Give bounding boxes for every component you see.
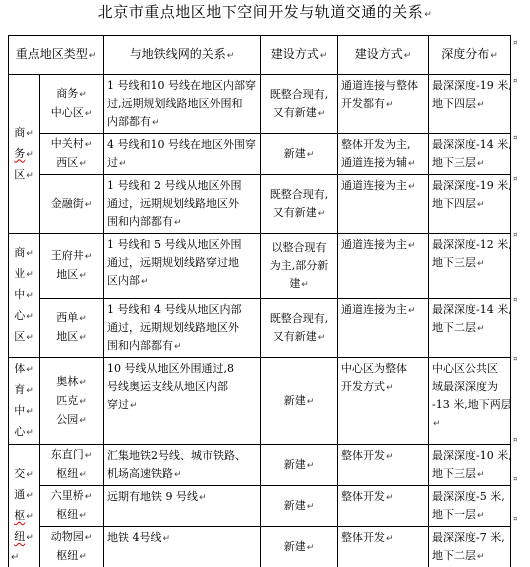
paragraph-mark-icon: ↵ [79,159,87,169]
paragraph-mark-icon: ↵ [85,451,93,461]
cell-area-name: 奥林↵ 匹克↵ 公园↵ [40,358,104,445]
paragraph-mark-icon: ↵ [174,342,182,352]
cell-relation: 1 号线和 2 号线从地区外围 通过，远期规划线路地区外 围和内部都有↵ [104,175,261,234]
paragraph-mark-icon: ↵ [26,407,34,417]
cell-build-method: 新建↵ [261,445,338,486]
cell-build-method: 新建↵ [261,358,338,445]
row-end-mark-icon: ¤ [513,40,517,47]
paragraph-mark-icon: ↵ [26,533,34,543]
paragraph-mark-icon: ↵ [26,470,34,480]
header-area-type: 重点地区类型↵ [9,36,104,75]
cell-group-commercial-center: 商↵ 业↵ 中↵ 心↵ 区↵ [9,234,40,358]
header-build-method-2: 建设方式↵ [338,36,429,75]
table-row: 金融街↵ 1 号线和 2 号线从地区外围 通过，远期规划线路地区外 围和内部都有… [9,175,511,234]
paragraph-mark-icon: ↵ [433,419,441,429]
row-end-mark-icon: ¤ [513,516,517,523]
cell-area-name: 东直门↵ 枢纽↵ [40,445,104,486]
paragraph-mark-icon: ↵ [79,314,87,324]
cell-area-name: 六里桥↵ 枢纽↵ [40,486,104,527]
cell-depth: 最深深度-14 米, 地下三层↵ [429,134,511,175]
paragraph-mark-icon: ↵ [79,470,87,480]
paragraph-mark-icon: ↵ [79,378,87,388]
paragraph-mark-icon: ↵ [79,416,87,426]
paragraph-mark-icon: ↵ [477,159,485,169]
table-row: 六里桥↵ 枢纽↵ 远期有地铁 9 号线↵ 新建↵ 整体开发↵ 最深深度-5 米,… [9,486,511,527]
paragraph-mark-icon: ↵ [386,100,394,110]
paragraph-mark-icon: ↵ [79,271,87,281]
cell-area-name: 动物园↵ 枢纽↵ [40,527,104,567]
cell-area-name: 王府井↵ 地区↵ [40,234,104,299]
paragraph-mark-icon: ↵ [386,383,394,393]
cell-depth: 最深深度-19 米, 地下四层↵ [429,175,511,234]
paragraph-mark-icon: ↵ [26,270,34,280]
paragraph-mark-icon: ↵ [386,452,394,462]
cell-build-method: 新建↵ [261,527,338,567]
paragraph-mark-icon: ↵ [26,491,34,501]
paragraph-mark-icon: ↵ [79,333,87,343]
cell-build-method: 既整合现有, 又有新建↵ [261,175,338,234]
paragraph-mark-icon: ↵ [307,543,315,553]
cell-relation: 1 号线和 4 号线从地区内部 通过，远期规划线路地区外 围和内部都有↵ [104,299,261,358]
paragraph-mark-icon: ↵ [130,401,138,411]
paragraph-mark-icon: ↵ [318,109,326,119]
cell-relation: 4 号线和10 号线在地区外围穿 过↵ [104,134,261,175]
paragraph-mark-icon: ↵ [408,182,416,192]
paragraph-mark-icon: ↵ [85,252,93,262]
paragraph-mark-icon: ↵ [318,209,326,219]
paragraph-mark-icon: ↵ [386,534,394,544]
paragraph-mark-icon: ↵ [26,512,34,522]
paragraph-mark-icon: ↵ [85,533,93,543]
cell-area-name: 中关村↵ 西区↵ [40,134,104,175]
paragraph-mark-icon: ↵ [477,100,485,110]
table-row: 交↵ 通↵ 枢↵ 纽↵ 东直门↵ 枢纽↵ 汇集地铁2号线、城市铁路、 机场高速铁… [9,445,511,486]
cell-build-method: 新建↵ [261,134,338,175]
paragraph-mark-icon: ↵ [79,397,87,407]
row-end-mark-icon: ¤ [513,356,517,363]
paragraph-mark-icon: ↵ [408,306,416,316]
cell-dev-mode: 整体开发↵ [338,445,429,486]
paragraph-mark-icon: ↵ [490,51,498,61]
cell-depth: 中心区公共区 域最深深度为 -13 米,地下两层↵ [429,358,511,445]
paragraph-mark-icon: ↵ [408,241,416,251]
row-end-mark-icon: ¤ [513,297,517,304]
cell-relation: 远期有地铁 9 号线↵ [104,486,261,527]
cell-build-method: 既整合现有, 又有新建↵ [261,75,338,134]
cell-relation: 1 号线和10 号线在地区内部穿 过,远期规划线路地区外围和 内部都有↵ [104,75,261,134]
paragraph-mark-icon: ↵ [307,502,315,512]
paragraph-mark-icon: ↵ [11,552,19,563]
document-page: 北京市重点地区地下空间开发与轨道交通的关系↵ 重点地区类型↵ 与地铁线网的关系↵… [0,0,530,567]
page-title: 北京市重点地区地下空间开发与轨道交通的关系↵ [0,3,530,25]
row-end-mark-icon: ¤ [513,476,517,483]
cell-area-name: 商务↵ 中心区↵ [40,75,104,134]
paragraph-mark-icon: ↵ [424,10,432,20]
paragraph-mark-icon: ↵ [26,249,34,259]
paragraph-mark-icon: ↵ [320,51,328,61]
cell-dev-mode: 通道连接与整体 开发都有↵ [338,75,429,134]
cell-build-method: 以整合现有 为主,部分新 建↵ [261,234,338,299]
spellcheck-squiggle: 纽 [14,530,25,543]
table-row: 商↵ 业↵ 中↵ 心↵ 区↵ 王府井↵ 地区↵ 1 号线和 5 号线从地区外围 … [9,234,511,299]
cell-dev-mode: 整体开发↵ [338,486,429,527]
paragraph-mark-icon: ↵ [404,51,412,61]
cell-relation: 汇集地铁2号线、城市铁路、 机场高速铁路↵ [104,445,261,486]
cell-depth: 最深深度-12 米, 地下三层↵ [429,234,511,299]
paragraph-mark-icon: ↵ [141,277,149,287]
row-end-mark-icon: ¤ [513,135,517,142]
cell-relation: 地铁 4号线↵ [104,527,261,567]
paragraph-mark-icon: ↵ [26,150,34,160]
paragraph-mark-icon: ↵ [477,324,485,334]
paragraph-mark-icon: ↵ [26,428,34,438]
paragraph-mark-icon: ↵ [307,397,315,407]
paragraph-mark-icon: ↵ [307,461,315,471]
table-row: 动物园↵ 枢纽↵ 地铁 4号线↵ 新建↵ 整体开发↵ 最深深度-7 米, 地下二… [9,527,511,567]
cell-dev-mode: 整体开发↵ [338,527,429,567]
cell-group-transport-hub: 交↵ 通↵ 枢↵ 纽↵ [9,445,40,567]
paragraph-mark-icon: ↵ [386,493,394,503]
paragraph-mark-icon: ↵ [79,511,87,521]
paragraph-mark-icon: ↵ [26,171,34,181]
paragraph-mark-icon: ↵ [119,159,127,169]
table-row: 体↵ 育↵ 中↵ 心↵ 奥林↵ 匹克↵ 公园↵ 10 号线从地区外围通过,8 号… [9,358,511,445]
table-row: 商↵ 务↵ 区↵ 商务↵ 中心区↵ 1 号线和10 号线在地区内部穿 过,远期规… [9,75,511,134]
paragraph-mark-icon: ↵ [85,492,93,502]
paragraph-mark-icon: ↵ [26,291,34,301]
spellcheck-squiggle: 务 [14,147,25,160]
paragraph-mark-icon: ↵ [477,511,485,521]
paragraph-mark-icon: ↵ [89,51,97,61]
paragraph-mark-icon: ↵ [477,200,485,210]
row-end-mark-icon: ¤ [513,176,517,183]
paragraph-mark-icon: ↵ [26,386,34,396]
row-end-mark-icon: ¤ [513,78,517,85]
paragraph-mark-icon: ↵ [163,534,171,544]
cell-build-method: 既整合现有, 又有新建↵ [261,299,338,358]
paragraph-mark-icon: ↵ [477,552,485,562]
paragraph-mark-icon: ↵ [301,280,309,290]
paragraph-mark-icon: ↵ [79,90,87,100]
row-end-mark-icon: ¤ [513,232,517,239]
cell-dev-mode: 通道连接为主↵ [338,175,429,234]
paragraph-mark-icon: ↵ [307,150,315,160]
cell-depth: 最深深度-14 米, 地下二层↵ [429,299,511,358]
cell-depth: 最深深度-5 米, 地下一层↵ [429,486,511,527]
paragraph-mark-icon: ↵ [318,333,326,343]
header-depth: 深度分布↵ [429,36,511,75]
paragraph-mark-icon: ↵ [152,118,160,128]
paragraph-mark-icon: ↵ [85,140,93,150]
paragraph-mark-icon: ↵ [227,51,235,61]
cell-depth: 最深深度-19 米, 地下四层↵ [429,75,511,134]
row-end-mark-icon: ¤ [513,437,517,444]
paragraph-mark-icon: ↵ [85,200,93,210]
cell-dev-mode: 中心区为整体 开发方式↵ [338,358,429,445]
cell-dev-mode: 通道连接为主↵ [338,234,429,299]
cell-dev-mode: 通道连接为主↵ [338,299,429,358]
cell-depth: 最深深度-10 米, 地下三层↵ [429,445,511,486]
paragraph-mark-icon: ↵ [477,259,485,269]
page-title-text: 北京市重点地区地下空间开发与轨道交通的关系 [98,3,424,21]
cell-dev-mode: 整体开发为主, 通道连接为辅↵ [338,134,429,175]
paragraph-mark-icon: ↵ [79,552,87,562]
paragraph-mark-icon: ↵ [408,159,416,169]
cell-relation: 1 号线和 5 号线从地区外围 通过，远期规划线路穿过地 区内部↵ [104,234,261,299]
paragraph-mark-icon: ↵ [26,129,34,139]
paragraph-mark-icon: ↵ [199,493,207,503]
paragraph-mark-icon: ↵ [85,109,93,119]
relations-table: 重点地区类型↵ 与地铁线网的关系↵ 建设方式↵ 建设方式↵ 深度分布↵ 商↵ 务… [8,35,511,567]
table-row: 西单↵ 地区↵ 1 号线和 4 号线从地区内部 通过，远期规划线路地区外 围和内… [9,299,511,358]
paragraph-mark-icon: ↵ [477,470,485,480]
cell-area-name: 金融街↵ [40,175,104,234]
cell-relation: 10 号线从地区外围通过,8 号线奥运支线从地区内部 穿过↵ [104,358,261,445]
paragraph-mark-icon: ↵ [174,470,182,480]
cell-build-method: 新建↵ [261,486,338,527]
cell-group-business-district: 商↵ 务↵ 区↵ [9,75,40,234]
header-metro-relation: 与地铁线网的关系↵ [104,36,261,75]
paragraph-mark-icon: ↵ [26,333,34,343]
spellcheck-squiggle: 枢 [14,509,25,522]
header-build-method-1: 建设方式↵ [261,36,338,75]
cell-group-sports-center: 体↵ 育↵ 中↵ 心↵ [9,358,40,445]
paragraph-mark-icon: ↵ [174,218,182,228]
paragraph-mark-icon: ↵ [26,365,34,375]
table-header-row: 重点地区类型↵ 与地铁线网的关系↵ 建设方式↵ 建设方式↵ 深度分布↵ [9,36,511,75]
table-row: 中关村↵ 西区↵ 4 号线和10 号线在地区外围穿 过↵ 新建↵ 整体开发为主,… [9,134,511,175]
cell-area-name: 西单↵ 地区↵ [40,299,104,358]
paragraph-mark-icon: ↵ [26,312,34,322]
cell-depth: 最深深度-7 米, 地下二层↵ [429,527,511,567]
